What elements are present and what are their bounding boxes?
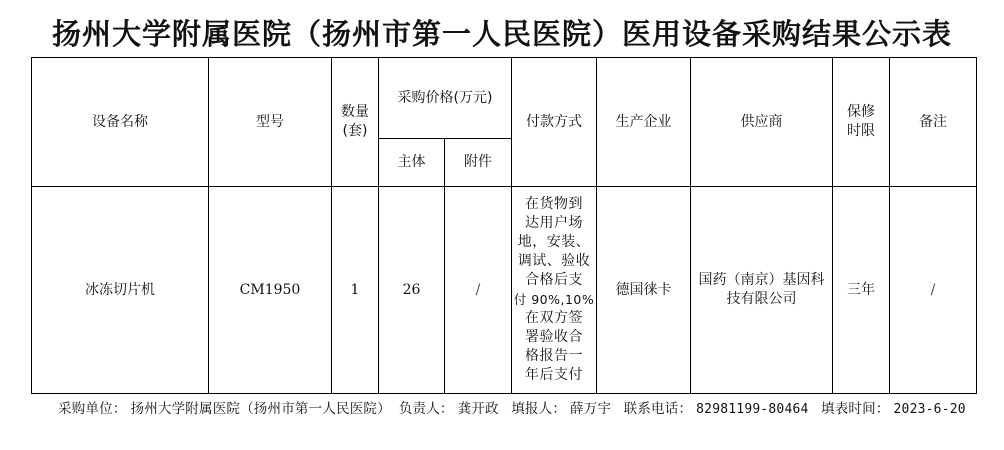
payment-line: 付 90%,10% — [512, 290, 596, 309]
payment-line: 地，安装、 — [512, 233, 596, 252]
cell-payment: 在货物到 达用户场 地，安装、 调试、验收 合格后支 付 90%,10% 在双方… — [512, 187, 597, 394]
supplier-line1: 国药（南京）基因科 — [691, 271, 832, 290]
filler-label: 填报人： — [511, 401, 566, 417]
payment-line: 调试、验收 — [512, 252, 596, 271]
header-price-group: 采购价格(万元) — [379, 58, 512, 139]
header-remarks: 备注 — [890, 58, 977, 187]
cell-model: CM1950 — [209, 187, 332, 394]
date-info: 填表时间：2023-6-20 — [821, 401, 970, 417]
header-quantity-line1: 数量 — [332, 103, 378, 122]
header-manufacturer: 生产企业 — [597, 58, 691, 187]
payment-line: 达用户场 — [512, 214, 596, 233]
header-device-name: 设备名称 — [32, 58, 209, 187]
header-price-accessory: 附件 — [445, 139, 512, 187]
supplier-line2: 技有限公司 — [691, 290, 832, 309]
cell-price-main: 26 — [379, 187, 445, 394]
header-warranty-line2: 时限 — [833, 122, 889, 141]
cell-device-name: 冰冻切片机 — [32, 187, 209, 394]
footer-info: 采购单位：扬州大学附属医院（扬州市第一人民医院）负责人：龚开政 填报人：薛万宇 … — [58, 397, 974, 417]
date-label: 填表时间： — [821, 401, 890, 417]
header-warranty-line1: 保修 — [833, 103, 889, 122]
cell-quantity: 1 — [332, 187, 379, 394]
cell-manufacturer: 德国徕卡 — [597, 187, 691, 394]
cell-warranty: 三年 — [833, 187, 890, 394]
payment-line: 年后支付 — [512, 366, 596, 385]
payment-line: 在双方签 — [512, 309, 596, 328]
header-payment: 付款方式 — [512, 58, 597, 187]
header-price-main: 主体 — [379, 139, 445, 187]
payment-line: 署验收合 — [512, 328, 596, 347]
filler-info: 填报人：薛万宇 — [511, 401, 615, 417]
filler-value: 薛万宇 — [570, 401, 611, 417]
payment-line: 合格后支 — [512, 271, 596, 290]
header-quantity: 数量 (套) — [332, 58, 379, 187]
phone-value: 82981199-80464 — [696, 402, 808, 417]
cell-price-accessory: / — [445, 187, 512, 394]
date-value: 2023-6-20 — [894, 402, 966, 417]
phone-info: 联系电话：82981199-80464 — [624, 401, 813, 417]
responsible-label: 负责人： — [399, 401, 454, 417]
phone-label: 联系电话： — [624, 401, 693, 417]
table-row: 冰冻切片机 CM1950 1 26 / 在货物到 达用户场 地，安装、 调试、验… — [32, 187, 977, 394]
purchaser-label: 采购单位： — [58, 401, 127, 417]
cell-supplier: 国药（南京）基因科 技有限公司 — [691, 187, 833, 394]
header-supplier: 供应商 — [691, 58, 833, 187]
header-quantity-line2: (套) — [332, 122, 378, 141]
document-title: 扬州大学附属医院（扬州市第一人民医院）医用设备采购结果公示表 — [0, 14, 1004, 54]
cell-remarks: / — [890, 187, 977, 394]
payment-line: 在货物到 — [512, 195, 596, 214]
header-model: 型号 — [209, 58, 332, 187]
header-row-top: 设备名称 型号 数量 (套) 采购价格(万元) 付款方式 生产企业 供应商 保修… — [32, 58, 977, 139]
header-warranty: 保修 时限 — [833, 58, 890, 187]
responsible-info: 负责人：龚开政 — [399, 401, 503, 417]
payment-line: 格报告一 — [512, 347, 596, 366]
purchaser-info: 采购单位：扬州大学附属医院（扬州市第一人民医院） — [58, 401, 395, 417]
responsible-value: 龚开政 — [458, 401, 499, 417]
purchaser-value: 扬州大学附属医院（扬州市第一人民医院） — [131, 401, 391, 417]
procurement-table: 设备名称 型号 数量 (套) 采购价格(万元) 付款方式 生产企业 供应商 保修… — [31, 57, 977, 394]
